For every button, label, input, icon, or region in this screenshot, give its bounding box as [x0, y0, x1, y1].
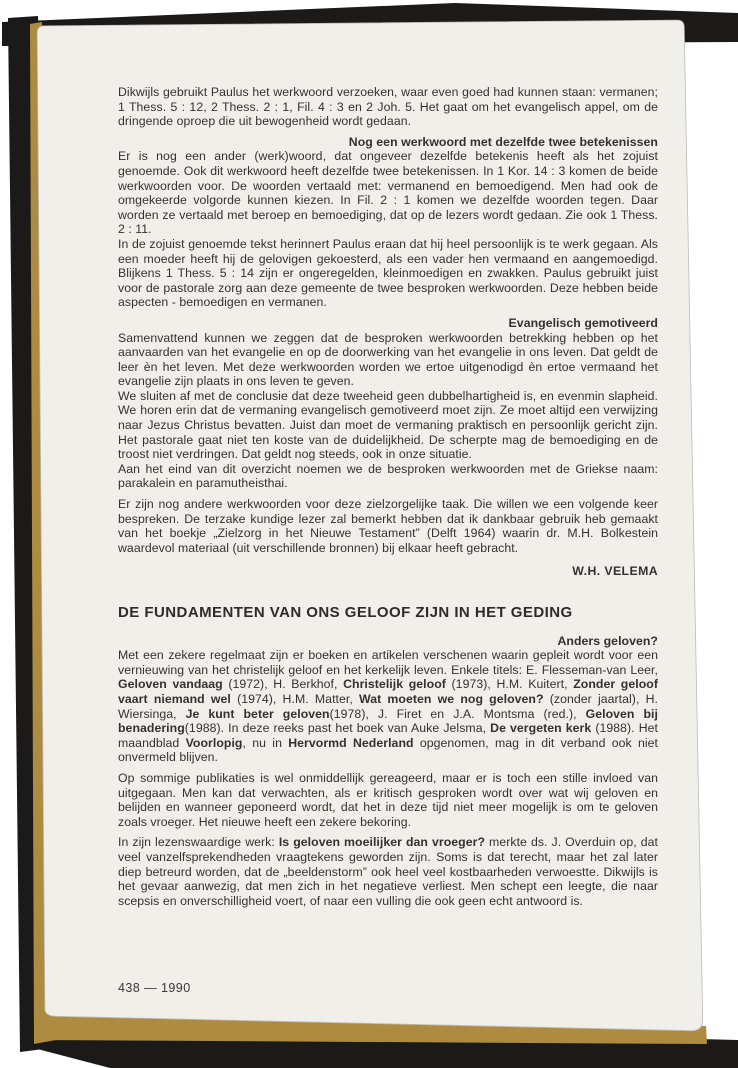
paragraph: We sluiten af met de conclusie dat deze …	[118, 389, 658, 462]
author-signature: W.H. VELEMA	[118, 564, 658, 579]
paragraph: In zijn lezenswaardige werk: Is geloven …	[118, 835, 658, 908]
section-heading: Evangelisch gemotiveerd	[118, 316, 658, 331]
paragraph: Aan het eind van dit overzicht noemen we…	[118, 462, 658, 491]
article-title: DE FUNDAMENTEN VAN ONS GELOOF ZIJN IN HE…	[118, 606, 658, 621]
section-heading: Nog een werkwoord met dezelfde twee bete…	[118, 135, 658, 150]
paragraph: In de zojuist genoemde tekst herinnert P…	[118, 237, 658, 310]
paragraph: Er zijn nog andere werkwoorden voor deze…	[118, 497, 658, 555]
paragraph: Dikwijls gebruikt Paulus het werkwoord v…	[118, 85, 658, 129]
page-number: 438 — 1990	[118, 981, 191, 995]
paragraph: Er is nog een ander (werk)woord, dat ong…	[118, 149, 658, 237]
section-heading: Anders geloven?	[118, 634, 658, 649]
paragraph: Op sommige publikaties is wel onmiddelli…	[118, 771, 658, 829]
paragraph: Met een zekere regelmaat zijn er boeken …	[118, 648, 658, 765]
scanned-document: Dikwijls gebruikt Paulus het werkwoord v…	[0, 0, 738, 1068]
paragraph: Samenvattend kunnen we zeggen dat de bes…	[118, 331, 658, 389]
text-column: Dikwijls gebruikt Paulus het werkwoord v…	[118, 85, 658, 908]
